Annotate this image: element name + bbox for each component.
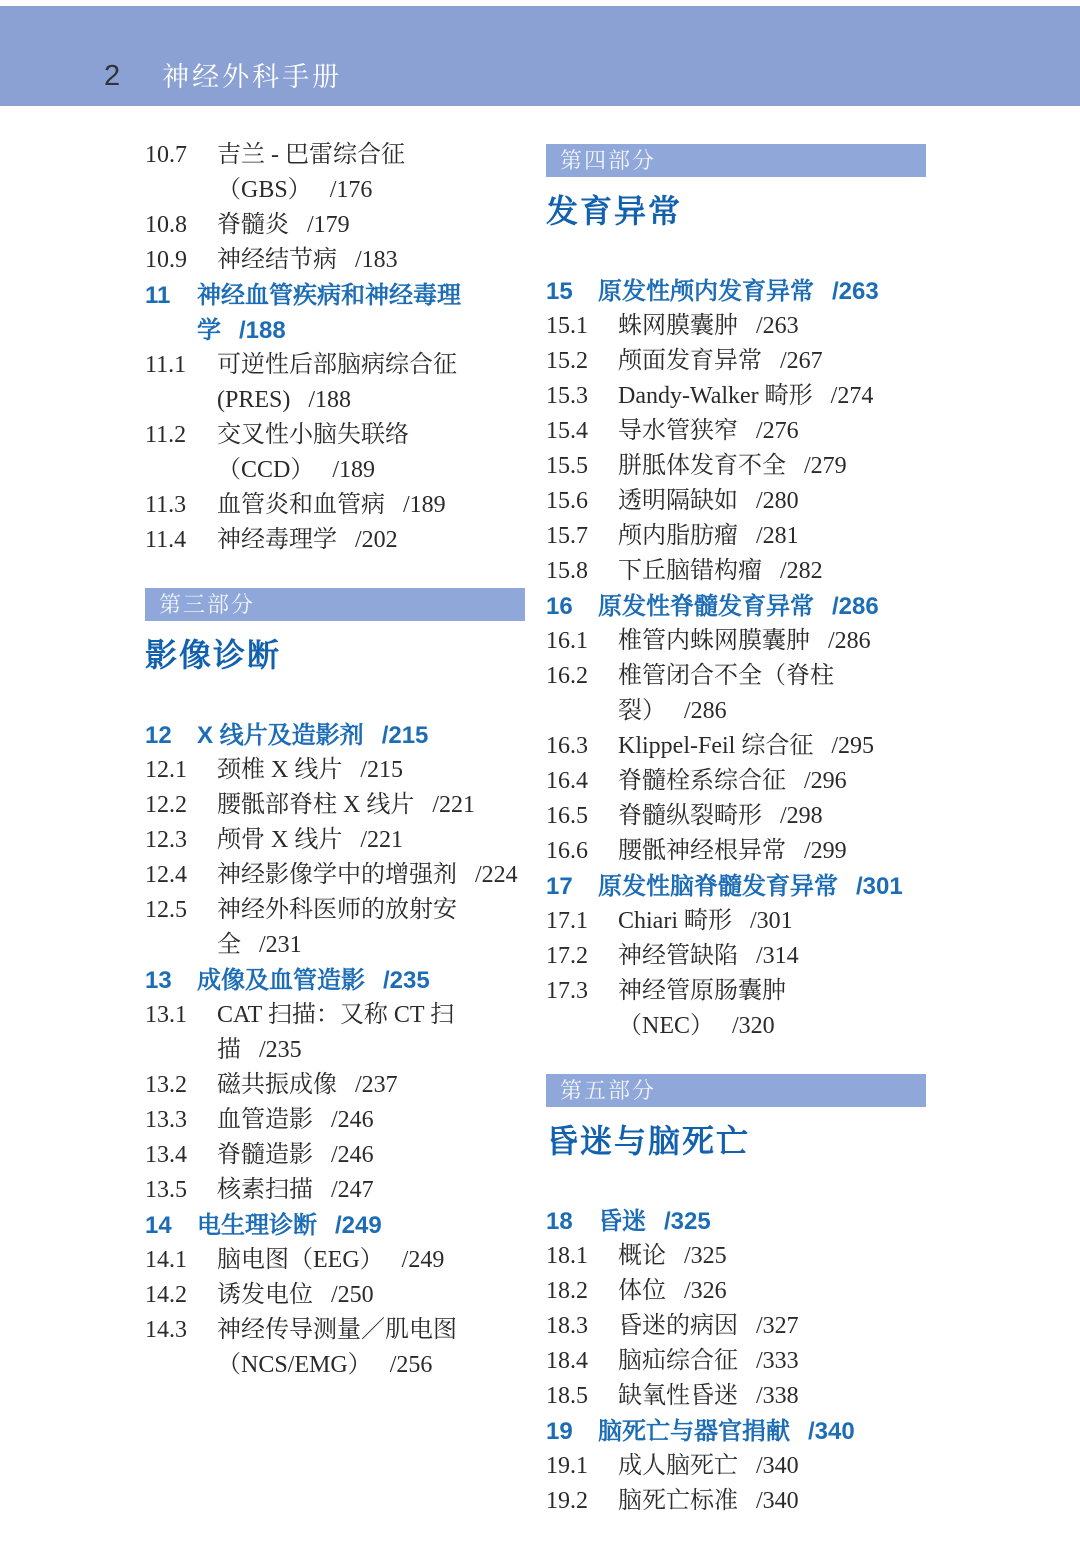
entry-number: 14.2 (145, 1278, 217, 1313)
entry-number: 18.3 (546, 1309, 618, 1344)
entry-title: 诱发电位 (217, 1282, 313, 1308)
entry-body: 颅内脂肪瘤/281 (618, 519, 926, 554)
entry-body: 脑死亡标准/340 (618, 1484, 926, 1519)
entry-number: 15 (546, 274, 598, 309)
entry-title: 神经毒理学 (217, 527, 337, 553)
entry-number: 17.2 (546, 939, 618, 974)
entry-number: 19 (546, 1414, 598, 1449)
toc-entry: 18 昏迷/325 (546, 1204, 926, 1239)
entry-title: 昏迷的病因 (618, 1313, 738, 1339)
entry-page-number: /276 (756, 418, 799, 444)
toc-entry: 18.1 概论/325 (546, 1239, 926, 1274)
entry-title: 颅内脂肪瘤 (618, 523, 738, 549)
entry-title: 昏迷 (598, 1208, 646, 1235)
entry-page-number: /263 (832, 278, 879, 305)
entry-page-number: /281 (756, 523, 799, 549)
toc-entry: 16.5 脊髓纵裂畸形/298 (546, 799, 926, 834)
entry-body: 下丘脑错构瘤/282 (618, 554, 926, 589)
entry-body: CAT 扫描：又称 CT 扫描/235 (217, 998, 525, 1068)
entry-body: 可逆性后部脑病综合征(PRES)/188 (217, 348, 525, 418)
entry-title: 血管炎和血管病 (217, 492, 385, 518)
entry-page-number: /325 (664, 1208, 711, 1235)
entry-body: 神经传导测量／肌电图（NCS/EMG）/256 (217, 1313, 525, 1383)
entry-number: 12.5 (145, 893, 217, 928)
entry-number: 17.1 (546, 904, 618, 939)
entry-number: 16.2 (546, 659, 618, 694)
entry-number: 10.9 (145, 243, 217, 278)
entry-page-number: /246 (331, 1142, 374, 1168)
entry-page-number: /340 (756, 1488, 799, 1514)
page-number: 2 (104, 62, 120, 91)
entry-body: 颅骨 X 线片/221 (217, 823, 525, 858)
toc-entry: 16.6 腰骶神经根异常/299 (546, 834, 926, 869)
entry-page-number: /250 (331, 1282, 374, 1308)
toc-entry: 13.5 核素扫描/247 (145, 1173, 525, 1208)
entry-title: 脑疝综合征 (618, 1348, 738, 1374)
entry-title: 成人脑死亡 (618, 1453, 738, 1479)
entry-body: 神经毒理学/202 (217, 523, 525, 558)
part-label: 第四部分 (560, 148, 656, 173)
entry-page-number: /326 (684, 1278, 727, 1304)
entry-body: 交叉性小脑失联络（CCD）/189 (217, 418, 525, 488)
toc-entry: 13.4 脊髓造影/246 (145, 1138, 525, 1173)
toc-entry: 19.2 脑死亡标准/340 (546, 1484, 926, 1519)
entry-number: 15.8 (546, 554, 618, 589)
entry-body: 神经管缺陷/314 (618, 939, 926, 974)
part-section-block: 第四部分 发育异常 (546, 144, 926, 232)
entry-title: 概论 (618, 1243, 666, 1269)
toc-entry: 15.6 透明隔缺如/280 (546, 484, 926, 519)
page-header-bar: 2 神经外科手册 (0, 6, 1080, 106)
entry-title: 导水管狭窄 (618, 418, 738, 444)
entry-body: 颅面发育异常/267 (618, 344, 926, 379)
entry-number: 13.2 (145, 1068, 217, 1103)
entry-title: 脑电图（EEG） (217, 1247, 384, 1273)
entry-title: 脊髓造影 (217, 1142, 313, 1168)
entry-number: 13.1 (145, 998, 217, 1033)
entry-number: 12 (145, 718, 197, 753)
entry-page-number: /286 (684, 698, 727, 724)
entry-page-number: /249 (335, 1212, 382, 1239)
toc-entry: 10.7 吉兰 - 巴雷综合征（GBS）/176 (145, 138, 525, 208)
entry-number: 18.5 (546, 1379, 618, 1414)
entry-title: 蛛网膜囊肿 (618, 313, 738, 339)
entry-body: 脑电图（EEG）/249 (217, 1243, 525, 1278)
entry-body: 脊髓栓系综合征/296 (618, 764, 926, 799)
entry-number: 16.4 (546, 764, 618, 799)
entry-body: 神经外科医师的放射安全/231 (217, 893, 525, 963)
entry-page-number: /301 (750, 908, 793, 934)
entry-number: 11 (145, 278, 197, 313)
entry-page-number: /263 (756, 313, 799, 339)
entry-page-number: /340 (808, 1418, 855, 1445)
entry-page-number: /176 (330, 177, 373, 203)
entry-page-number: /221 (432, 792, 475, 818)
entry-number: 15.1 (546, 309, 618, 344)
entry-body: 脑疝综合征/333 (618, 1344, 926, 1379)
entry-title: 脊髓炎 (217, 212, 289, 238)
entry-page-number: /231 (259, 932, 302, 958)
entry-title: 原发性脊髓发育异常 (598, 593, 814, 620)
entry-title: 脊髓栓系综合征 (618, 768, 786, 794)
toc-entry: 18.2 体位/326 (546, 1274, 926, 1309)
toc-entry: 11.1 可逆性后部脑病综合征(PRES)/188 (145, 348, 525, 418)
entry-body: 脑死亡与器官捐献/340 (598, 1414, 926, 1449)
entry-title: 交叉性小脑失联络（CCD） (217, 422, 409, 483)
part-label: 第三部分 (159, 592, 255, 617)
entry-page-number: /299 (804, 838, 847, 864)
entry-number: 16.5 (546, 799, 618, 834)
entry-page-number: /295 (831, 733, 874, 759)
entry-number: 17.3 (546, 974, 618, 1009)
entry-page-number: /314 (756, 943, 799, 969)
entry-page-number: /235 (259, 1037, 302, 1063)
toc-entry: 10.9 神经结节病/183 (145, 243, 525, 278)
part-section-block: 第三部分 影像诊断 (145, 588, 525, 676)
toc-entry: 16 原发性脊髓发育异常/286 (546, 589, 926, 624)
entry-body: 脊髓纵裂畸形/298 (618, 799, 926, 834)
toc-entry: 15.7 颅内脂肪瘤/281 (546, 519, 926, 554)
toc-entry: 11.4 神经毒理学/202 (145, 523, 525, 558)
entry-page-number: /221 (360, 827, 403, 853)
entry-number: 18 (546, 1204, 598, 1239)
entry-title: 椎管内蛛网膜囊肿 (618, 628, 810, 654)
entry-title: 神经管缺陷 (618, 943, 738, 969)
entry-page-number: /279 (804, 453, 847, 479)
entry-body: Dandy-Walker 畸形/274 (618, 379, 926, 414)
entry-title: 透明隔缺如 (618, 488, 738, 514)
entry-body: 神经结节病/183 (217, 243, 525, 278)
entry-page-number: /327 (756, 1313, 799, 1339)
entry-number: 14.3 (145, 1313, 217, 1348)
entry-body: 颈椎 X 线片/215 (217, 753, 525, 788)
entry-body: 椎管内蛛网膜囊肿/286 (618, 624, 926, 659)
entry-number: 18.1 (546, 1239, 618, 1274)
entry-number: 15.2 (546, 344, 618, 379)
toc-column-left: 10.7 吉兰 - 巴雷综合征（GBS）/176 10.8 脊髓炎/179 10… (145, 138, 525, 1383)
toc-entry: 18.3 昏迷的病因/327 (546, 1309, 926, 1344)
entry-body: 血管炎和血管病/189 (217, 488, 525, 523)
entry-body: 原发性脊髓发育异常/286 (598, 589, 926, 624)
toc-entry: 15.2 颅面发育异常/267 (546, 344, 926, 379)
toc-entry: 14.3 神经传导测量／肌电图（NCS/EMG）/256 (145, 1313, 525, 1383)
toc-entry: 17.2 神经管缺陷/314 (546, 939, 926, 974)
entry-body: 导水管狭窄/276 (618, 414, 926, 449)
entry-body: 血管造影/246 (217, 1103, 525, 1138)
entry-page-number: /183 (355, 247, 398, 273)
entry-number: 15.4 (546, 414, 618, 449)
part-title: 发育异常 (546, 190, 926, 232)
toc-entry: 12.2 腰骶部脊柱 X 线片/221 (145, 788, 525, 823)
entry-body: 诱发电位/250 (217, 1278, 525, 1313)
entry-title: 神经外科医师的放射安全 (217, 897, 457, 958)
entry-page-number: /237 (355, 1072, 398, 1098)
entry-title: 磁共振成像 (217, 1072, 337, 1098)
entry-page-number: /256 (390, 1352, 433, 1378)
entry-page-number: /247 (331, 1177, 374, 1203)
book-toc-page: 2 神经外科手册 10.7 吉兰 - 巴雷综合征（GBS）/176 10.8 脊… (0, 0, 1080, 1547)
entry-body: Klippel-Feil 综合征/295 (618, 729, 926, 764)
entry-title: 神经结节病 (217, 247, 337, 273)
entry-number: 11.2 (145, 418, 217, 453)
entry-title: Dandy-Walker 畸形 (618, 383, 813, 409)
part-label-bar: 第四部分 (546, 144, 926, 177)
entry-page-number: /202 (355, 527, 398, 553)
entry-title: 颈椎 X 线片 (217, 757, 342, 783)
toc-entry: 16.3 Klippel-Feil 综合征/295 (546, 729, 926, 764)
entry-page-number: /274 (831, 383, 874, 409)
entry-number: 11.3 (145, 488, 217, 523)
entry-number: 16.3 (546, 729, 618, 764)
entry-number: 11.1 (145, 348, 217, 383)
toc-entry: 18.4 脑疝综合征/333 (546, 1344, 926, 1379)
entry-number: 16.1 (546, 624, 618, 659)
entry-page-number: /296 (804, 768, 847, 794)
entry-body: 脊髓造影/246 (217, 1138, 525, 1173)
entry-number: 13.4 (145, 1138, 217, 1173)
entry-number: 19.1 (546, 1449, 618, 1484)
toc-entry: 14 电生理诊断/249 (145, 1208, 525, 1243)
toc-entry: 15.8 下丘脑错构瘤/282 (546, 554, 926, 589)
entry-number: 10.7 (145, 138, 217, 173)
entry-page-number: /189 (403, 492, 446, 518)
toc-entry: 18.5 缺氧性昏迷/338 (546, 1379, 926, 1414)
entry-number: 15.7 (546, 519, 618, 554)
entry-body: 腰骶神经根异常/299 (618, 834, 926, 869)
entry-page-number: /246 (331, 1107, 374, 1133)
entry-body: 吉兰 - 巴雷综合征（GBS）/176 (217, 138, 525, 208)
toc-entry: 14.2 诱发电位/250 (145, 1278, 525, 1313)
entry-body: 成像及血管造影/235 (197, 963, 525, 998)
toc-entry: 11 神经血管疾病和神经毒理学/188 (145, 278, 525, 348)
entry-body: 胼胝体发育不全/279 (618, 449, 926, 484)
entry-page-number: /215 (382, 722, 429, 749)
entry-page-number: /282 (780, 558, 823, 584)
entry-title: 电生理诊断 (197, 1212, 317, 1239)
entry-number: 15.5 (546, 449, 618, 484)
entry-number: 14 (145, 1208, 197, 1243)
entry-body: 成人脑死亡/340 (618, 1449, 926, 1484)
entry-number: 18.4 (546, 1344, 618, 1379)
entry-page-number: /215 (360, 757, 403, 783)
entry-body: 神经血管疾病和神经毒理学/188 (197, 278, 525, 348)
entry-body: 昏迷/325 (598, 1204, 926, 1239)
toc-entry: 19 脑死亡与器官捐献/340 (546, 1414, 926, 1449)
entry-title: 下丘脑错构瘤 (618, 558, 762, 584)
entry-title: 颅面发育异常 (618, 348, 762, 374)
entry-title: 颅骨 X 线片 (217, 827, 342, 853)
toc-entry: 19.1 成人脑死亡/340 (546, 1449, 926, 1484)
toc-entry: 13.3 血管造影/246 (145, 1103, 525, 1138)
entry-page-number: /325 (684, 1243, 727, 1269)
entry-page-number: /235 (383, 967, 430, 994)
entry-body: 椎管闭合不全（脊柱裂）/286 (618, 659, 926, 729)
toc-entry: 11.3 血管炎和血管病/189 (145, 488, 525, 523)
entry-body: 蛛网膜囊肿/263 (618, 309, 926, 344)
toc-entry: 13.1 CAT 扫描：又称 CT 扫描/235 (145, 998, 525, 1068)
entry-page-number: /286 (828, 628, 871, 654)
entry-page-number: /249 (402, 1247, 445, 1273)
entry-body: 电生理诊断/249 (197, 1208, 525, 1243)
entry-number: 13 (145, 963, 197, 998)
entry-number: 19.2 (546, 1484, 618, 1519)
part-label: 第五部分 (560, 1078, 656, 1103)
entry-title: 神经血管疾病和神经毒理学 (197, 282, 461, 344)
toc-entry: 14.1 脑电图（EEG）/249 (145, 1243, 525, 1278)
toc-entry: 16.4 脊髓栓系综合征/296 (546, 764, 926, 799)
entry-number: 18.2 (546, 1274, 618, 1309)
entry-body: X 线片及造影剂/215 (197, 718, 525, 753)
entry-page-number: /188 (239, 317, 286, 344)
toc-entry: 13.2 磁共振成像/237 (145, 1068, 525, 1103)
entry-title: 核素扫描 (217, 1177, 313, 1203)
part-label-bar: 第五部分 (546, 1074, 926, 1107)
entry-body: 磁共振成像/237 (217, 1068, 525, 1103)
entry-body: Chiari 畸形/301 (618, 904, 926, 939)
entry-page-number: /338 (756, 1383, 799, 1409)
entry-number: 12.1 (145, 753, 217, 788)
toc-entry: 17.1 Chiari 畸形/301 (546, 904, 926, 939)
toc-entry: 16.1 椎管内蛛网膜囊肿/286 (546, 624, 926, 659)
entry-page-number: /189 (332, 457, 375, 483)
entry-body: 缺氧性昏迷/338 (618, 1379, 926, 1414)
entry-title: Chiari 畸形 (618, 908, 732, 934)
entry-title: 原发性脑脊髓发育异常 (598, 873, 838, 900)
entry-body: 腰骶部脊柱 X 线片/221 (217, 788, 525, 823)
entry-number: 12.3 (145, 823, 217, 858)
entry-number: 15.6 (546, 484, 618, 519)
entry-number: 13.3 (145, 1103, 217, 1138)
entry-title: 成像及血管造影 (197, 967, 365, 994)
toc-entry: 15.4 导水管狭窄/276 (546, 414, 926, 449)
entry-page-number: /188 (308, 387, 351, 413)
entry-number: 14.1 (145, 1243, 217, 1278)
entry-number: 16.6 (546, 834, 618, 869)
entry-body: 体位/326 (618, 1274, 926, 1309)
entry-body: 概论/325 (618, 1239, 926, 1274)
toc-entry: 10.8 脊髓炎/179 (145, 208, 525, 243)
part-label-bar: 第三部分 (145, 588, 525, 621)
toc-entry: 15.3 Dandy-Walker 畸形/274 (546, 379, 926, 414)
entry-title: 脊髓纵裂畸形 (618, 803, 762, 829)
entry-number: 10.8 (145, 208, 217, 243)
entry-body: 昏迷的病因/327 (618, 1309, 926, 1344)
entry-page-number: /280 (756, 488, 799, 514)
entry-number: 12.2 (145, 788, 217, 823)
toc-entry: 12.5 神经外科医师的放射安全/231 (145, 893, 525, 963)
entry-page-number: /267 (780, 348, 823, 374)
toc-entry: 12 X 线片及造影剂/215 (145, 718, 525, 753)
toc-entry: 12.3 颅骨 X 线片/221 (145, 823, 525, 858)
toc-entry: 11.2 交叉性小脑失联络（CCD）/189 (145, 418, 525, 488)
entry-number: 12.4 (145, 858, 217, 893)
part-section-block: 第五部分 昏迷与脑死亡 (546, 1074, 926, 1162)
entry-body: 神经管原肠囊肿（NEC）/320 (618, 974, 926, 1044)
entry-body: 脊髓炎/179 (217, 208, 525, 243)
toc-entry: 12.1 颈椎 X 线片/215 (145, 753, 525, 788)
entry-page-number: /301 (856, 873, 903, 900)
toc-entry: 12.4 神经影像学中的增强剂/224 (145, 858, 525, 893)
entry-title: 胼胝体发育不全 (618, 453, 786, 479)
entry-title: 脑死亡标准 (618, 1488, 738, 1514)
entry-number: 16 (546, 589, 598, 624)
entry-number: 15.3 (546, 379, 618, 414)
entry-body: 核素扫描/247 (217, 1173, 525, 1208)
entry-title: Klippel-Feil 综合征 (618, 733, 813, 759)
part-title: 影像诊断 (145, 634, 525, 676)
book-title: 神经外科手册 (162, 64, 342, 91)
entry-title: 神经影像学中的增强剂 (217, 862, 457, 888)
toc-entry: 15 原发性颅内发育异常/263 (546, 274, 926, 309)
toc-entry: 15.1 蛛网膜囊肿/263 (546, 309, 926, 344)
entry-page-number: /179 (307, 212, 350, 238)
toc-entry: 13 成像及血管造影/235 (145, 963, 525, 998)
entry-number: 11.4 (145, 523, 217, 558)
entry-page-number: /340 (756, 1453, 799, 1479)
entry-body: 原发性脑脊髓发育异常/301 (598, 869, 926, 904)
entry-title: 原发性颅内发育异常 (598, 278, 814, 305)
entry-page-number: /286 (832, 593, 879, 620)
entry-title: 吉兰 - 巴雷综合征（GBS） (217, 142, 405, 203)
entry-title: 腰骶部脊柱 X 线片 (217, 792, 414, 818)
entry-number: 13.5 (145, 1173, 217, 1208)
entry-body: 原发性颅内发育异常/263 (598, 274, 926, 309)
entry-title: 脑死亡与器官捐献 (598, 1418, 790, 1445)
entry-number: 17 (546, 869, 598, 904)
entry-page-number: /298 (780, 803, 823, 829)
entry-page-number: /333 (756, 1348, 799, 1374)
toc-entry: 17 原发性脑脊髓发育异常/301 (546, 869, 926, 904)
entry-title: 血管造影 (217, 1107, 313, 1133)
entry-page-number: /320 (732, 1013, 775, 1039)
entry-page-number: /224 (475, 862, 518, 888)
part-title: 昏迷与脑死亡 (546, 1120, 926, 1162)
entry-title: CAT 扫描：又称 CT 扫描 (217, 1002, 454, 1063)
entry-title: 缺氧性昏迷 (618, 1383, 738, 1409)
entry-body: 神经影像学中的增强剂/224 (217, 858, 525, 893)
entry-body: 透明隔缺如/280 (618, 484, 926, 519)
toc-entry: 15.5 胼胝体发育不全/279 (546, 449, 926, 484)
entry-title: X 线片及造影剂 (197, 722, 364, 749)
toc-entry: 16.2 椎管闭合不全（脊柱裂）/286 (546, 659, 926, 729)
toc-column-right: 第四部分 发育异常 15 原发性颅内发育异常/263 15.1 蛛网膜囊肿/26… (546, 138, 926, 1519)
entry-title: 体位 (618, 1278, 666, 1304)
entry-title: 腰骶神经根异常 (618, 838, 786, 864)
toc-entry: 17.3 神经管原肠囊肿（NEC）/320 (546, 974, 926, 1044)
